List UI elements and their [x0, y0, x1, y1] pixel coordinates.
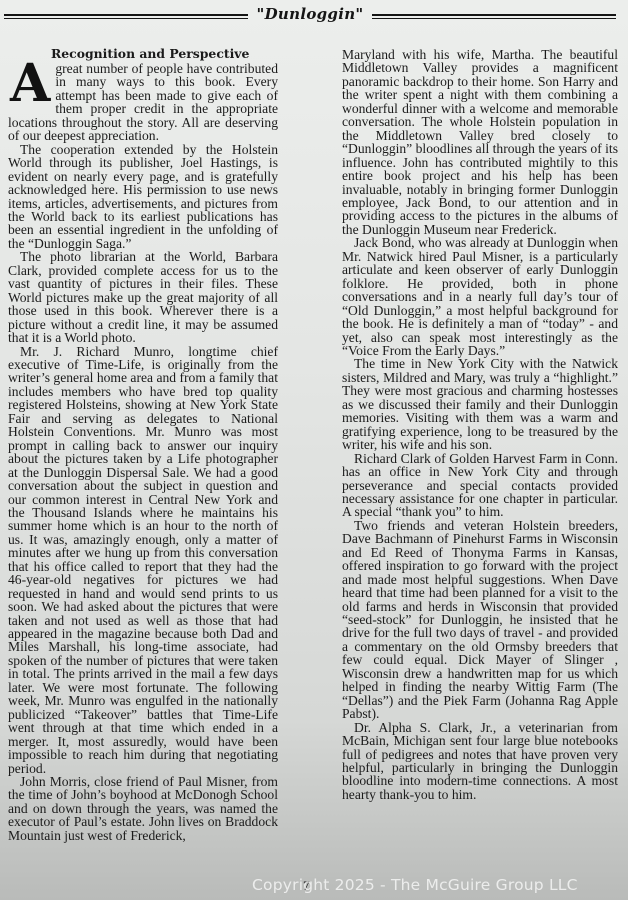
paragraph-alpha-clark: Dr. Alpha S. Clark, Jr., a veterinarian … [342, 721, 618, 802]
paragraph-munro: Mr. J. Richard Munro, longtime chief exe… [8, 345, 278, 776]
left-column: Recognition and Perspective Agreat numbe… [8, 47, 278, 842]
header-rule-right [372, 14, 616, 19]
paragraph-john-morris: John Morris, close friend of Paul Misner… [8, 775, 278, 842]
book-page: "Dunloggin" Recognition and Perspective … [0, 0, 628, 900]
paragraph-jack-bond: Jack Bond, who was already at Dunloggin … [342, 236, 618, 357]
paragraph-natwick-sisters: The time in New York City with the Natwi… [342, 357, 618, 451]
running-title: "Dunloggin" [248, 5, 371, 23]
paragraph-intro: Agreat number of people have contributed… [8, 62, 278, 143]
running-header: "Dunloggin" [4, 4, 616, 24]
paragraph-richard-clark: Richard Clark of Golden Harvest Farm in … [342, 452, 618, 519]
paragraph-bachmann-reed: Two friends and veteran Holstein breeder… [342, 519, 618, 721]
drop-cap: A [10, 64, 50, 104]
paragraph-photo-librarian: The photo librarian at the World, Barbar… [8, 250, 278, 344]
paragraph-holstein-world: The cooperation extended by the Holstein… [8, 143, 278, 251]
copyright-watermark: Copyright 2025 - The McGuire Group LLC [252, 876, 578, 894]
paragraph-maryland-continued: Maryland with his wife, Martha. The beau… [342, 48, 618, 236]
right-column: Maryland with his wife, Martha. The beau… [342, 48, 618, 801]
section-title: Recognition and Perspective [51, 47, 278, 61]
header-rule-left [4, 14, 248, 19]
